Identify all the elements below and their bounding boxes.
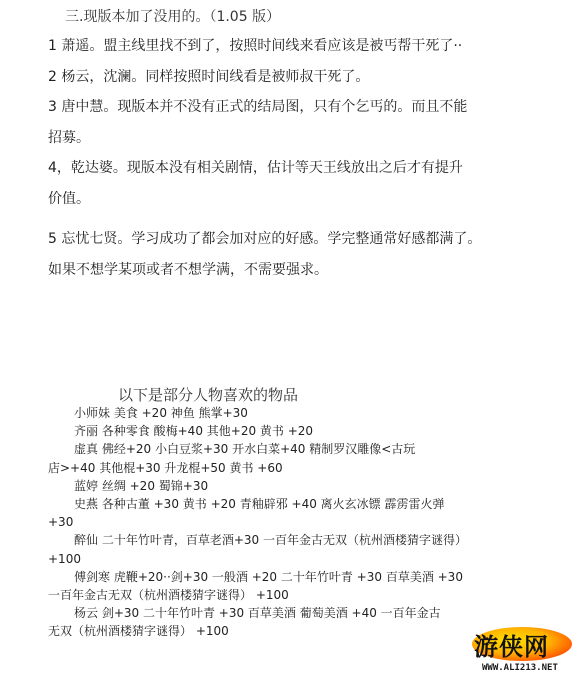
gift-preferences-list: 小师妹 美食 +20 神鱼 熊掌+30 齐丽 各种零食 酸梅+40 其他+20 …	[48, 404, 518, 640]
list-item: 小师妹 美食 +20 神鱼 熊掌+30	[48, 404, 518, 422]
paragraph-5: 5 忘忧七贤。学习成功了都会加对应的好感。学完整通常好感都满了。	[48, 229, 481, 249]
list-item: 醉仙 二十年竹叶青，百草老酒+30 一百年金古无双（杭州酒楼猜字谜得）	[48, 531, 518, 549]
list-item: 齐丽 各种零食 酸梅+40 其他+20 黄书 +20	[48, 422, 518, 440]
list-item: 杨云 剑+30 二十年竹叶青 +30 百草美酒 葡萄美酒 +40 一百年金古	[48, 604, 518, 622]
paragraph-1: 1 萧遥。盟主线里找不到了，按照时间线来看应该是被丐帮干死了··	[48, 36, 462, 56]
list-item: 店>+40 其他棍+30 升龙棍+50 黄书 +60	[48, 459, 518, 477]
logo-text: 游侠网	[474, 627, 549, 662]
list-item: +30	[48, 513, 518, 531]
paragraph-5-cont: 如果不想学某项或者不想学满，不需要强求。	[48, 260, 328, 280]
paragraph-4-cont: 价值。	[48, 189, 90, 209]
list-item: 史燕 各种古董 +30 黄书 +20 青釉辟邪 +40 离火玄冰镖 霹雳雷火弹	[48, 495, 518, 513]
list-item: 虚真 佛经+20 小白豆浆+30 开水白菜+40 精制罗汉雕像<古玩	[48, 440, 518, 458]
list-item: 一百年金古无双（杭州酒楼猜字谜得） +100	[48, 586, 518, 604]
ali213-watermark-logo: 游侠网 WWW.ALI213.NET	[462, 625, 580, 681]
paragraph-3-cont: 招募。	[48, 128, 90, 148]
paragraph-3: 3 唐中慧。现版本并不没有正式的结局图，只有个乞丐的。而且不能	[48, 97, 467, 117]
logo-url: WWW.ALI213.NET	[482, 663, 558, 673]
list-item: 蓝婷 丝绸 +20 蜀锦+30	[48, 477, 518, 495]
paragraph-2: 2 杨云，沈澜。同样按照时间线看是被师叔干死了。	[48, 67, 369, 87]
section-title-useless-additions: 三.现版本加了没用的。（1.05 版）	[65, 6, 280, 26]
gift-preferences-title: 以下是部分人物喜欢的物品	[118, 384, 298, 405]
list-item: 傅剑寒 虎鞭+20··剑+30 一般酒 +20 二十年竹叶青 +30 百草美酒 …	[48, 568, 518, 586]
list-item: 无双（杭州酒楼猜字谜得） +100	[48, 622, 518, 640]
paragraph-4: 4，乾达婆。现版本没有相关剧情，估计等天王线放出之后才有提升	[48, 158, 463, 178]
list-item: +100	[48, 550, 518, 568]
